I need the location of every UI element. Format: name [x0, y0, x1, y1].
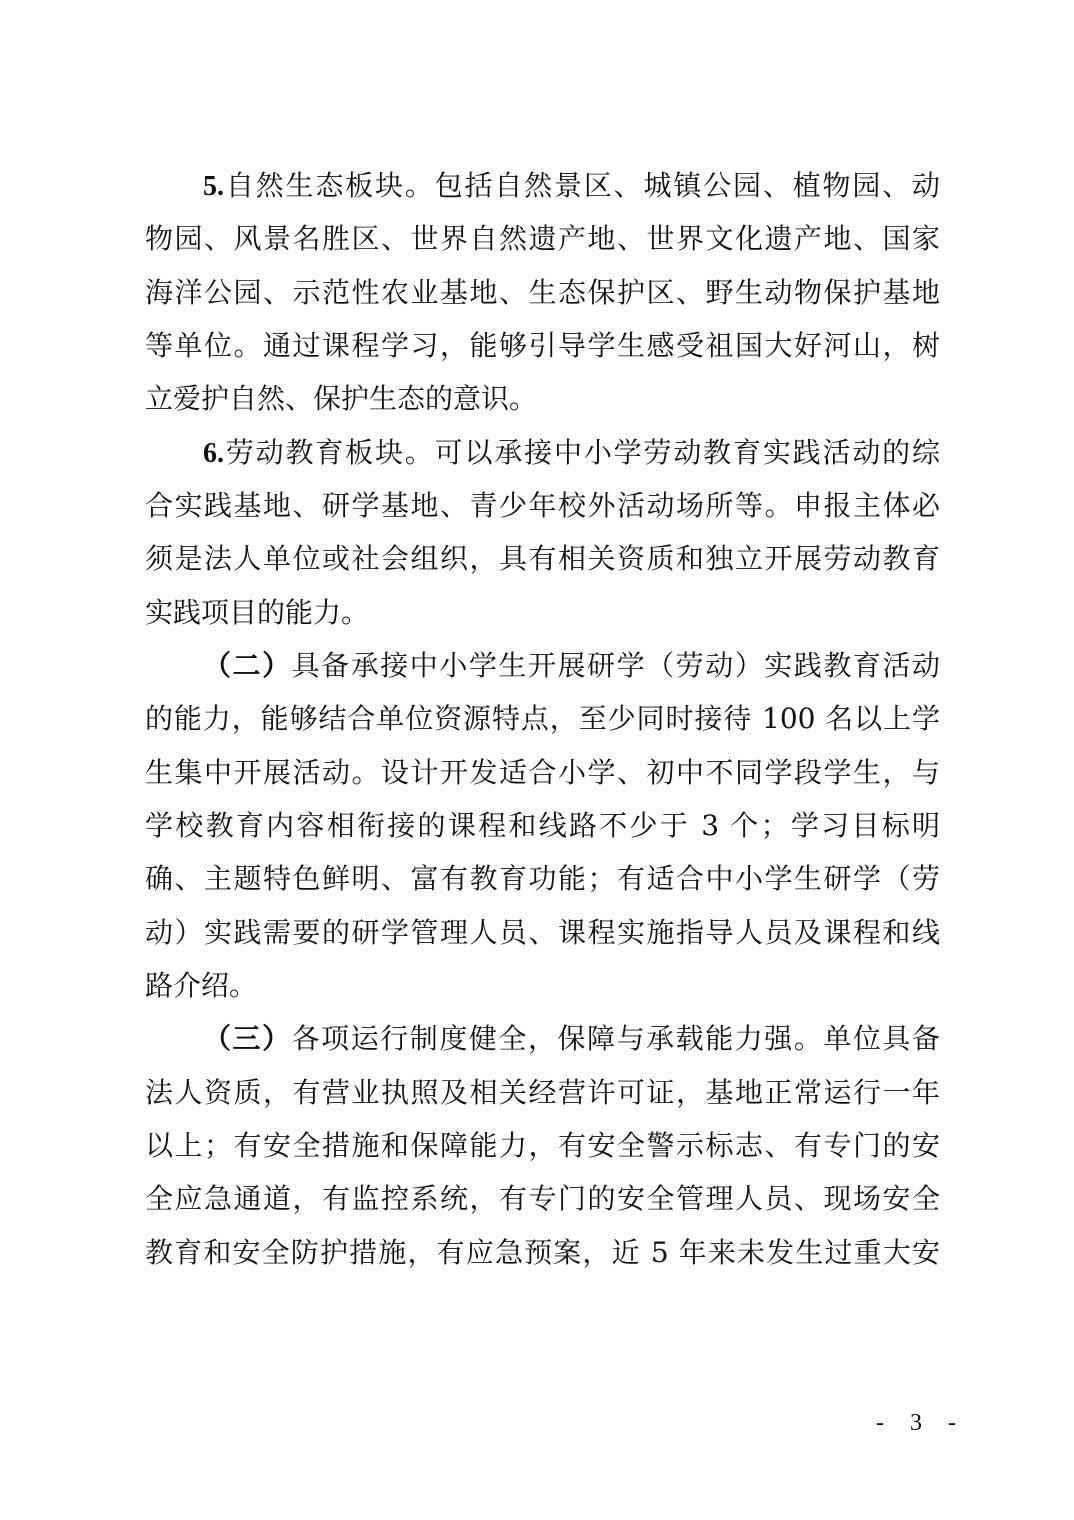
section-2-line-2: 的能力，能够结合单位资源特点，至少同时接待 100 名以上学 [145, 699, 940, 739]
paragraph-5-line-5: 立爱护自然、保护生态的意识。 [145, 379, 940, 419]
paragraph-6-line-3: 须是法人单位或社会组织，具有相关资质和独立开展劳动教育 [145, 539, 940, 579]
section-3-line-4: 全应急通道，有监控系统，有专门的安全管理人员、现场安全 [145, 1179, 940, 1219]
section-3-line-3: 以上；有安全措施和保障能力，有安全警示标志、有专门的安 [145, 1126, 940, 1166]
section-3-line-5: 教育和安全防护措施，有应急预案，近 5 年来未发生过重大安 [145, 1233, 940, 1273]
paragraph-6-line-2: 合实践基地、研学基地、青少年校外活动场所等。申报主体必 [145, 486, 940, 526]
section-2-line-3: 生集中开展活动。设计开发适合小学、初中不同学段学生，与 [145, 753, 940, 793]
section-heading: （三） [203, 1022, 292, 1055]
paragraph-6-line-1: 6.劳动教育板块。可以承接中小学劳动教育实践活动的综 [203, 433, 940, 473]
section-2-line-6: 动）实践需要的研学管理人员、课程实施指导人员及课程和线 [145, 913, 940, 953]
section-heading: （二） [203, 649, 292, 682]
section-3-line-1: （三）各项运行制度健全，保障与承载能力强。单位具备 [203, 1019, 940, 1059]
page-number: - 3 - [876, 1410, 966, 1437]
item-number: 6. [203, 438, 224, 469]
document-page: 5.自然生态板块。包括自然景区、城镇公园、植物园、动 物园、风景名胜区、世界自然… [0, 0, 1074, 1520]
item-number: 5. [203, 171, 224, 202]
paragraph-5-line-4: 等单位。通过课程学习，能够引导学生感受祖国大好河山，树 [145, 326, 940, 366]
paragraph-6-line-4: 实践项目的能力。 [145, 593, 940, 633]
paragraph-5-line-2: 物园、风景名胜区、世界自然遗产地、世界文化遗产地、国家 [145, 219, 940, 259]
paragraph-5-line-1: 5.自然生态板块。包括自然景区、城镇公园、植物园、动 [203, 166, 940, 206]
section-2-line-4: 学校教育内容相衔接的课程和线路不少于 3 个；学习目标明 [145, 806, 940, 846]
paragraph-5-line-3: 海洋公园、示范性农业基地、生态保护区、野生动物保护基地 [145, 273, 940, 313]
section-2-line-5: 确、主题特色鲜明、富有教育功能；有适合中小学生研学（劳 [145, 859, 940, 899]
section-2-line-7: 路介绍。 [145, 966, 940, 1006]
section-2-line-1: （二）具备承接中小学生开展研学（劳动）实践教育活动 [203, 646, 940, 686]
section-3-line-2: 法人资质，有营业执照及相关经营许可证，基地正常运行一年 [145, 1073, 940, 1113]
